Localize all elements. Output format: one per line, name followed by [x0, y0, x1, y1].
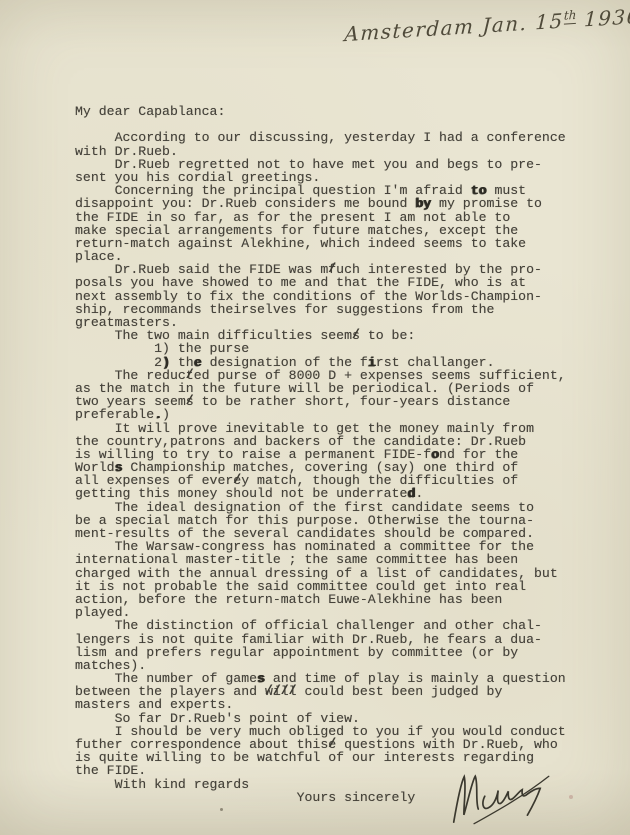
- paper-speck: [569, 795, 573, 799]
- letter-line: My dear Capablanca:: [75, 105, 566, 118]
- letter-line: lism and prefers regular appointment by …: [75, 646, 566, 659]
- handwritten-date-year: 1936: [576, 4, 630, 32]
- letter-line: return-match against Alekhine, which ind…: [75, 237, 566, 250]
- letter-line: action, before the return-match Euwe-Ale…: [75, 593, 566, 606]
- paper-speck: [220, 808, 223, 811]
- handwritten-date-main: Amsterdam Jan. 15: [344, 9, 564, 47]
- handwritten-date: Amsterdam Jan. 15th 1936: [344, 6, 615, 47]
- letter-page: Amsterdam Jan. 15th 1936 My dear Capabla…: [0, 0, 630, 835]
- letter-body: My dear Capablanca: According to our dis…: [75, 105, 566, 804]
- handwritten-date-ordinal: th: [564, 8, 577, 25]
- letter-line: is quite willing to be watchful of our i…: [75, 751, 566, 764]
